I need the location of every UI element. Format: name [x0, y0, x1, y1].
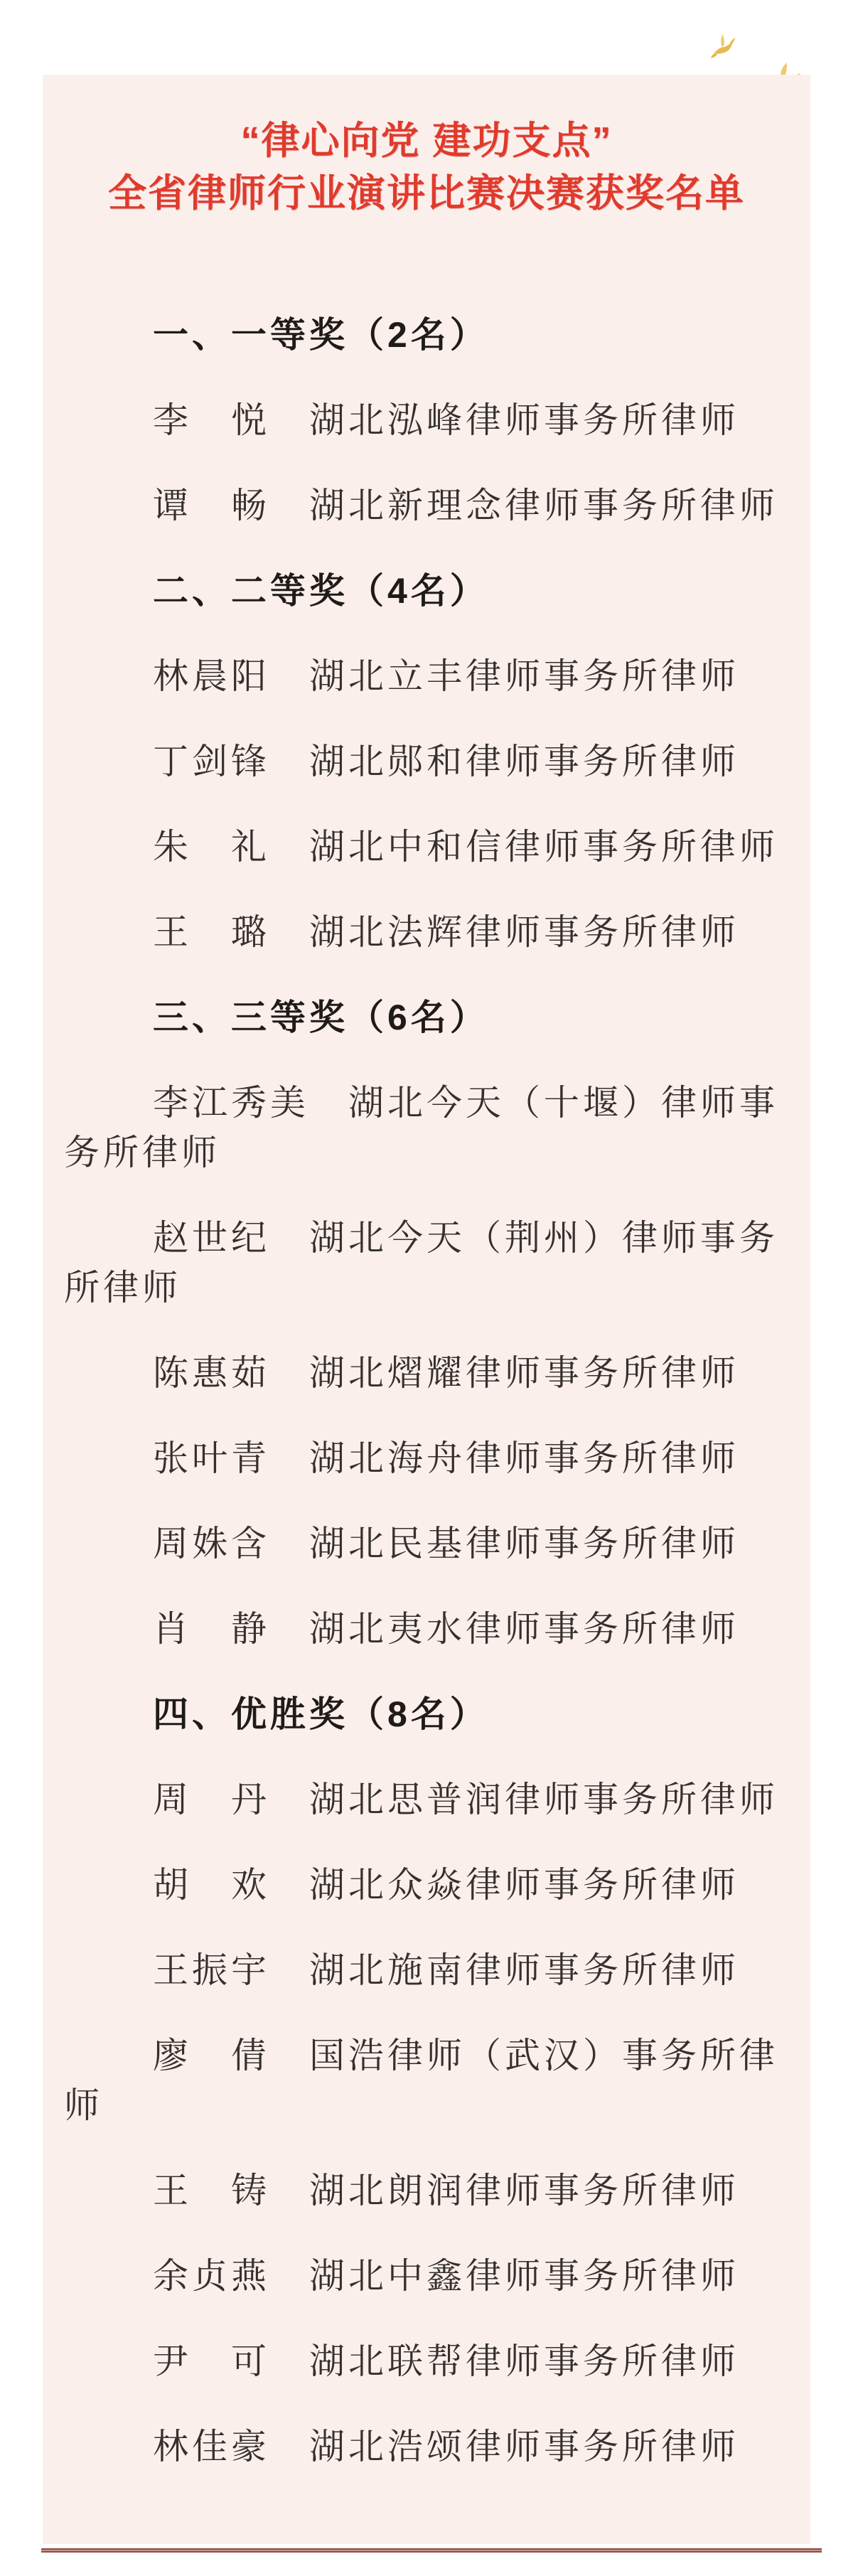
entry-firm: 湖北郧和律师事务所律师: [309, 742, 739, 781]
section-entries: 李江秀美 湖北今天（十堰）律师事务所律师 赵世纪 湖北今天（荆州）律师事务所律师…: [64, 1078, 789, 1654]
entry-name: 胡 欢: [153, 1865, 270, 1905]
entry-name: 尹 可: [153, 2341, 270, 2381]
entry-separator: [270, 1609, 309, 1649]
entry-name: 王 璐: [153, 912, 270, 952]
entry-firm: 湖北中鑫律师事务所律师: [309, 2256, 739, 2296]
entry-firm: 湖北新理念律师事务所律师: [309, 486, 778, 525]
entry-name: 林晨阳: [153, 656, 270, 696]
entry-separator: [270, 1218, 309, 1258]
entry-separator: [270, 912, 309, 952]
award-entry: 林晨阳 湖北立丰律师事务所律师: [64, 651, 789, 701]
award-entry: 周姝含 湖北民基律师事务所律师: [64, 1519, 789, 1568]
award-entry: 胡 欢 湖北众焱律师事务所律师: [64, 1860, 789, 1910]
award-entry: 李 悦 湖北泓峰律师事务所律师: [64, 395, 789, 445]
entry-name: 周 丹: [153, 1780, 270, 1819]
entry-name: 赵世纪: [153, 1218, 270, 1258]
award-entry: 廖 倩 国浩律师（武汉）事务所律师: [64, 2031, 789, 2130]
entry-separator: [270, 486, 309, 525]
entry-firm: 湖北浩颂律师事务所律师: [309, 2427, 739, 2467]
award-section: 一、一等奖（2名） 李 悦 湖北泓峰律师事务所律师 谭 畅 湖北新理念律师事务所…: [64, 310, 789, 530]
award-entry: 谭 畅 湖北新理念律师事务所律师: [64, 481, 789, 530]
award-entry: 张叶青 湖北海舟律师事务所律师: [64, 1433, 789, 1483]
entry-firm: 湖北众焱律师事务所律师: [309, 1865, 739, 1905]
entry-separator: [270, 1353, 309, 1393]
entry-separator: [270, 2256, 309, 2296]
entry-firm: 湖北施南律师事务所律师: [309, 1950, 739, 1990]
award-entry: 肖 静 湖北夷水律师事务所律师: [64, 1604, 789, 1654]
section-entries: 林晨阳 湖北立丰律师事务所律师 丁剑锋 湖北郧和律师事务所律师 朱 礼 湖北中和…: [64, 651, 789, 957]
entry-name: 王 铸: [153, 2171, 270, 2211]
entry-firm: 湖北熠耀律师事务所律师: [309, 1353, 739, 1393]
entry-separator: [270, 2171, 309, 2211]
entry-separator: [270, 656, 309, 696]
award-panel: “律心向党 建功支点” 全省律师行业演讲比赛决赛获奖名单 一、一等奖（2名） 李…: [43, 75, 810, 2544]
entry-firm: 湖北立丰律师事务所律师: [309, 656, 739, 696]
award-sections: 一、一等奖（2名） 李 悦 湖北泓峰律师事务所律师 谭 畅 湖北新理念律师事务所…: [64, 310, 789, 2471]
entry-separator: [270, 1865, 309, 1905]
award-entry: 王 璐 湖北法辉律师事务所律师: [64, 907, 789, 957]
entry-name: 肖 静: [153, 1609, 270, 1649]
entry-firm: 湖北法辉律师事务所律师: [309, 912, 739, 952]
entry-name: 李江秀美: [153, 1083, 309, 1123]
award-entry: 王振宇 湖北施南律师事务所律师: [64, 1945, 789, 1995]
award-entry: 陈惠茹 湖北熠耀律师事务所律师: [64, 1348, 789, 1398]
entry-name: 丁剑锋: [153, 742, 270, 781]
entry-name: 朱 礼: [153, 827, 270, 867]
entry-firm: 湖北夷水律师事务所律师: [309, 1609, 739, 1649]
entry-name: 周姝含: [153, 1524, 270, 1564]
section-heading: 一、一等奖（2名）: [64, 310, 789, 360]
award-section: 二、二等奖（4名） 林晨阳 湖北立丰律师事务所律师 丁剑锋 湖北郧和律师事务所律…: [64, 566, 789, 957]
entry-firm: 湖北联帮律师事务所律师: [309, 2341, 739, 2381]
award-entry: 王 铸 湖北朗润律师事务所律师: [64, 2166, 789, 2216]
entry-firm: 湖北海舟律师事务所律师: [309, 1438, 739, 1478]
entry-separator: [270, 1950, 309, 1990]
award-entry: 周 丹 湖北思普润律师事务所律师: [64, 1775, 789, 1824]
entry-firm: 湖北民基律师事务所律师: [309, 1524, 739, 1564]
award-entry: 林佳豪 湖北浩颂律师事务所律师: [64, 2422, 789, 2471]
page: “律心向党 建功支点” 全省律师行业演讲比赛决赛获奖名单 一、一等奖（2名） 李…: [0, 0, 853, 2576]
section-heading: 四、优胜奖（8名）: [64, 1689, 789, 1739]
award-entry: 赵世纪 湖北今天（荆州）律师事务所律师: [64, 1213, 789, 1313]
award-entry: 余贞燕 湖北中鑫律师事务所律师: [64, 2251, 789, 2301]
entry-name: 余贞燕: [153, 2256, 270, 2296]
entry-name: 李 悦: [153, 400, 270, 440]
section-heading: 二、二等奖（4名）: [64, 566, 789, 616]
entry-separator: [309, 1083, 348, 1123]
entry-name: 谭 畅: [153, 486, 270, 525]
entry-separator: [270, 1438, 309, 1478]
entry-name: 陈惠茹: [153, 1353, 270, 1393]
entry-name: 林佳豪: [153, 2427, 270, 2467]
award-entry: 李江秀美 湖北今天（十堰）律师事务所律师: [64, 1078, 789, 1177]
entry-separator: [270, 2427, 309, 2467]
page-title-line1: “律心向党 建功支点”: [64, 114, 789, 167]
bottom-divider-line: [41, 2548, 822, 2553]
entry-separator: [270, 742, 309, 781]
entry-name: 张叶青: [153, 1438, 270, 1478]
award-entry: 丁剑锋 湖北郧和律师事务所律师: [64, 737, 789, 786]
entry-name: 廖 倩: [153, 2036, 270, 2075]
entry-separator: [270, 827, 309, 867]
entry-name: 王振宇: [153, 1950, 270, 1990]
entry-separator: [270, 1524, 309, 1564]
award-entry: 尹 可 湖北联帮律师事务所律师: [64, 2336, 789, 2386]
dove-icon-small: [705, 28, 741, 63]
entry-firm: 湖北泓峰律师事务所律师: [309, 400, 739, 440]
award-section: 四、优胜奖（8名） 周 丹 湖北思普润律师事务所律师 胡 欢 湖北众焱律师事务所…: [64, 1689, 789, 2471]
page-title-line2: 全省律师行业演讲比赛决赛获奖名单: [64, 167, 789, 220]
entry-firm: 湖北中和信律师事务所律师: [309, 827, 778, 867]
section-entries: 李 悦 湖北泓峰律师事务所律师 谭 畅 湖北新理念律师事务所律师: [64, 395, 789, 530]
entry-separator: [270, 1780, 309, 1819]
section-heading: 三、三等奖（6名）: [64, 993, 789, 1042]
section-entries: 周 丹 湖北思普润律师事务所律师 胡 欢 湖北众焱律师事务所律师 王振宇 湖北施…: [64, 1775, 789, 2471]
entry-separator: [270, 400, 309, 440]
page-title: “律心向党 建功支点” 全省律师行业演讲比赛决赛获奖名单: [64, 75, 789, 220]
entry-firm: 湖北朗润律师事务所律师: [309, 2171, 739, 2211]
award-entry: 朱 礼 湖北中和信律师事务所律师: [64, 822, 789, 872]
entry-separator: [270, 2036, 309, 2075]
entry-separator: [270, 2341, 309, 2381]
entry-firm: 湖北思普润律师事务所律师: [309, 1780, 778, 1819]
award-section: 三、三等奖（6名） 李江秀美 湖北今天（十堰）律师事务所律师 赵世纪 湖北今天（…: [64, 993, 789, 1654]
